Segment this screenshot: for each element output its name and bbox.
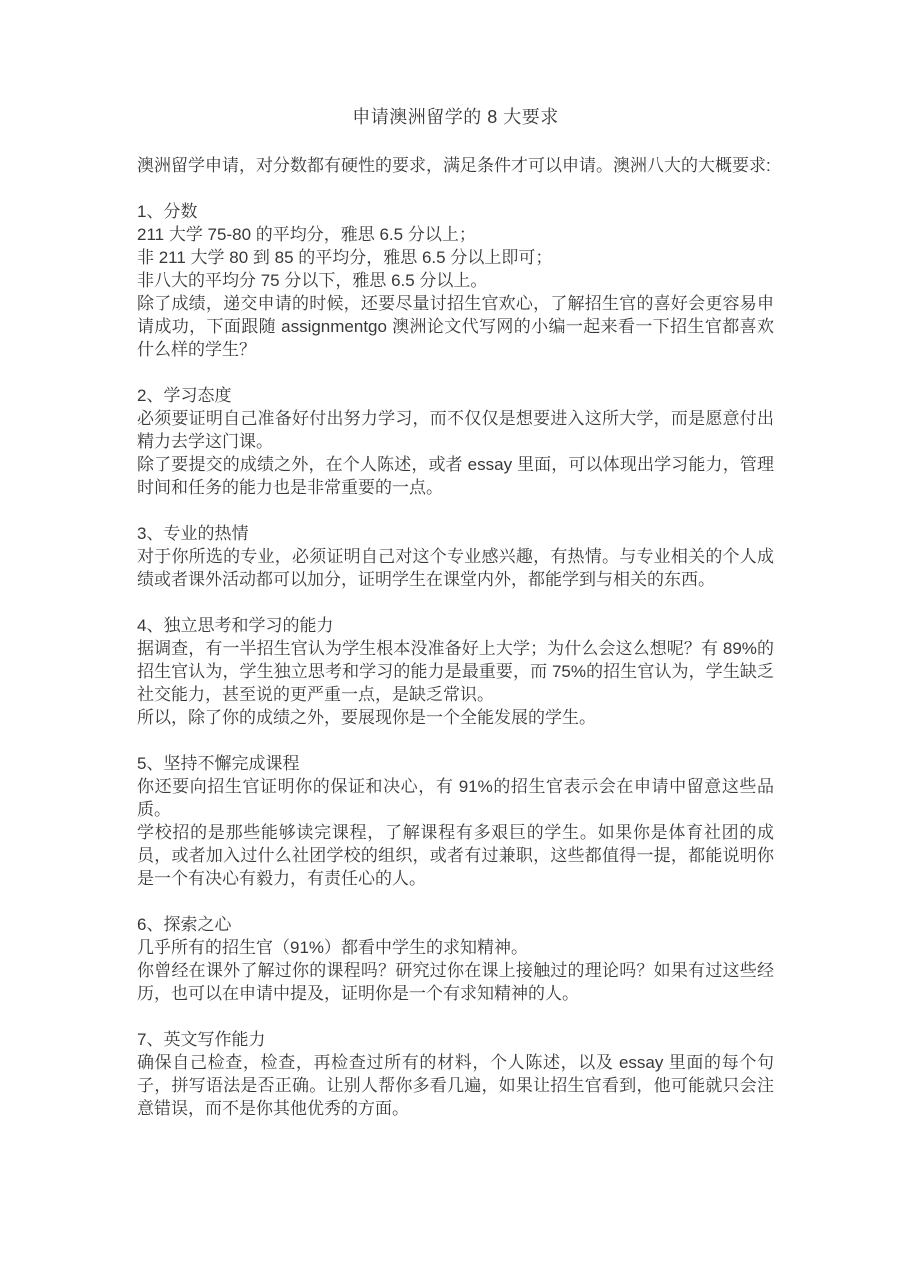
page-title: 申请澳洲留学的 8 大要求 [137,106,774,129]
section-2-paragraph: 除了要提交的成绩之外，在个人陈述，或者 essay 里面，可以体现出学习能力，管… [137,453,774,499]
intro-paragraph: 澳洲留学申请，对分数都有硬性的要求，满足条件才可以申请。澳洲八大的大概要求: [137,154,774,177]
section-7-english-writing: 7、英文写作能力 确保自己检查，检查，再检查过所有的材料，个人陈述，以及 ess… [137,1028,774,1120]
section-1-paragraph: 除了成绩，递交申请的时候，还要尽量讨招生官欢心，了解招生官的喜好会更容易申请成功… [137,292,774,361]
section-7-paragraph: 确保自己检查，检查，再检查过所有的材料，个人陈述，以及 essay 里面的每个句… [137,1051,774,1120]
section-5-paragraph: 你还要向招生官证明你的保证和决心，有 91%的招生官表示会在申请中留意这些品质。 [137,775,774,821]
section-6-paragraph: 你曾经在课外了解过你的课程吗？研究过你在课上接触过的理论吗？如果有过这些经历，也… [137,959,774,1005]
section-2-study-attitude: 2、学习态度 必须要证明自己准备好付出努力学习，而不仅仅是想要进入这所大学，而是… [137,384,774,499]
section-1-paragraph: 非 211 大学 80 到 85 的平均分，雅思 6.5 分以上即可； [137,246,774,269]
section-5-heading: 5、坚持不懈完成课程 [137,752,774,775]
section-5-paragraph: 学校招的是那些能够读完课程，了解课程有多艰巨的学生。如果你是体育社团的成员，或者… [137,821,774,890]
section-3-paragraph: 对于你所选的专业，必须证明自己对这个专业感兴趣，有热情。与专业相关的个人成绩或者… [137,545,774,591]
section-1-paragraph: 非八大的平均分 75 分以下，雅思 6.5 分以上。 [137,269,774,292]
section-3-heading: 3、专业的热情 [137,522,774,545]
section-6-heading: 6、探索之心 [137,913,774,936]
document-page: 申请澳洲留学的 8 大要求 澳洲留学申请，对分数都有硬性的要求，满足条件才可以申… [0,0,906,1280]
section-1-scores: 1、分数 211 大学 75-80 的平均分，雅思 6.5 分以上； 非 211… [137,200,774,361]
section-3-passion-for-major: 3、专业的热情 对于你所选的专业，必须证明自己对这个专业感兴趣，有热情。与专业相… [137,522,774,591]
section-7-heading: 7、英文写作能力 [137,1028,774,1051]
section-4-independent-thinking: 4、独立思考和学习的能力 据调查，有一半招生官认为学生根本没准备好上大学；为什么… [137,614,774,729]
section-2-heading: 2、学习态度 [137,384,774,407]
section-4-heading: 4、独立思考和学习的能力 [137,614,774,637]
section-4-paragraph: 所以，除了你的成绩之外，要展现你是一个全能发展的学生。 [137,706,774,729]
section-6-curiosity: 6、探索之心 几乎所有的招生官（91%）都看中学生的求知精神。 你曾经在课外了解… [137,913,774,1005]
section-1-heading: 1、分数 [137,200,774,223]
section-4-paragraph: 据调查，有一半招生官认为学生根本没准备好上大学；为什么会这么想呢？有 89%的招… [137,637,774,706]
section-1-paragraph: 211 大学 75-80 的平均分，雅思 6.5 分以上； [137,223,774,246]
section-5-perseverance: 5、坚持不懈完成课程 你还要向招生官证明你的保证和决心，有 91%的招生官表示会… [137,752,774,890]
section-6-paragraph: 几乎所有的招生官（91%）都看中学生的求知精神。 [137,936,774,959]
section-2-paragraph: 必须要证明自己准备好付出努力学习，而不仅仅是想要进入这所大学，而是愿意付出精力去… [137,407,774,453]
